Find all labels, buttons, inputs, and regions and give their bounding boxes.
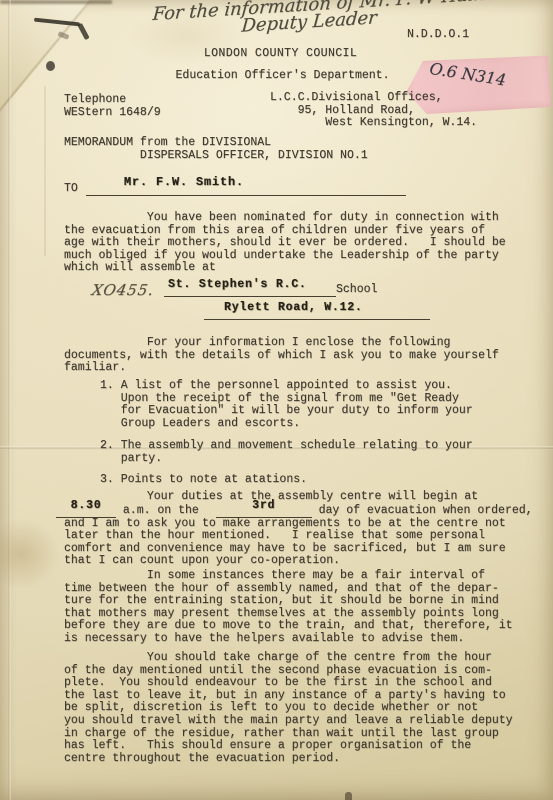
pink-label-text: O.6 N314 — [428, 59, 507, 90]
para-duties-rest: and I am to ask you to make arrangements… — [64, 518, 533, 568]
reference-code: N.D.D.O.1 — [407, 29, 469, 42]
time-blank: 8.30 — [56, 504, 116, 518]
para-interval: In some instances there may be a fair in… — [64, 570, 513, 646]
after-day-text: day of evacuation when ordered, — [312, 505, 533, 518]
address-block: L.C.C.Divisional Offices, 95, Holland Ro… — [270, 92, 477, 130]
vertical-crease — [8, 0, 11, 800]
school-suffix: School — [336, 284, 377, 297]
para-duties: Your duties at the assembly centre will … — [64, 491, 533, 568]
memo-heading: MEMORANDUM from the DIVISIONAL DISPERSAL… — [64, 137, 368, 162]
to-blank: Mr. F.W. Smith. — [86, 181, 406, 196]
para-duties-line1: Your duties at the assembly centre will … — [64, 491, 533, 504]
day-value: 3rd — [252, 500, 275, 513]
telephone-block: Telephone WEStern 1648/9 — [64, 94, 161, 119]
school-name: St. Stephen's R.C. — [168, 279, 307, 292]
para-nominated: You have been nominated for duty in conn… — [64, 212, 506, 275]
to-label: TO — [64, 183, 78, 196]
day-blank: 3rd — [216, 504, 312, 518]
list-item: 2. The assembly and movement schedule re… — [100, 440, 473, 465]
list-item: 1. A list of the personnel appointed to … — [100, 380, 473, 430]
time-value: 8.30 — [71, 500, 102, 513]
top-edge-shadow — [0, 0, 112, 4]
para-enclosure: For your information I enclose the follo… — [64, 337, 499, 375]
duties-fill-row: 8.30 a.m. on the 3rd day of evacuation w… — [56, 504, 533, 518]
school-name-blank: St. Stephen's R.C. — [164, 283, 336, 297]
para-charge: You should take charge of the centre fro… — [64, 652, 513, 765]
to-value: Mr. F.W. Smith. — [124, 176, 244, 189]
school-address: Rylett Road, W.12. — [224, 302, 363, 315]
council-title: LONDON COUNTY COUNCIL — [0, 48, 553, 61]
vertical-crease-faint — [44, 86, 46, 256]
enclosure-list: 1. A list of the personnel appointed to … — [100, 380, 473, 486]
school-address-blank: Rylett Road, W.12. — [204, 306, 430, 320]
to-line: TO Mr. F.W. Smith. — [64, 181, 406, 196]
assembly-line: XO455. St. Stephen's R.C. School — [64, 283, 377, 297]
assembly-code: XO455. — [91, 284, 155, 297]
after-time-text: a.m. on the — [116, 505, 206, 518]
assembly-address-line: Rylett Road, W.12. — [204, 306, 430, 320]
page-number-fragment — [345, 792, 352, 800]
scanned-letter-page: For the information of Mr. F. W Haines a… — [0, 0, 553, 800]
list-item: 3. Points to note at atations. — [100, 474, 473, 487]
